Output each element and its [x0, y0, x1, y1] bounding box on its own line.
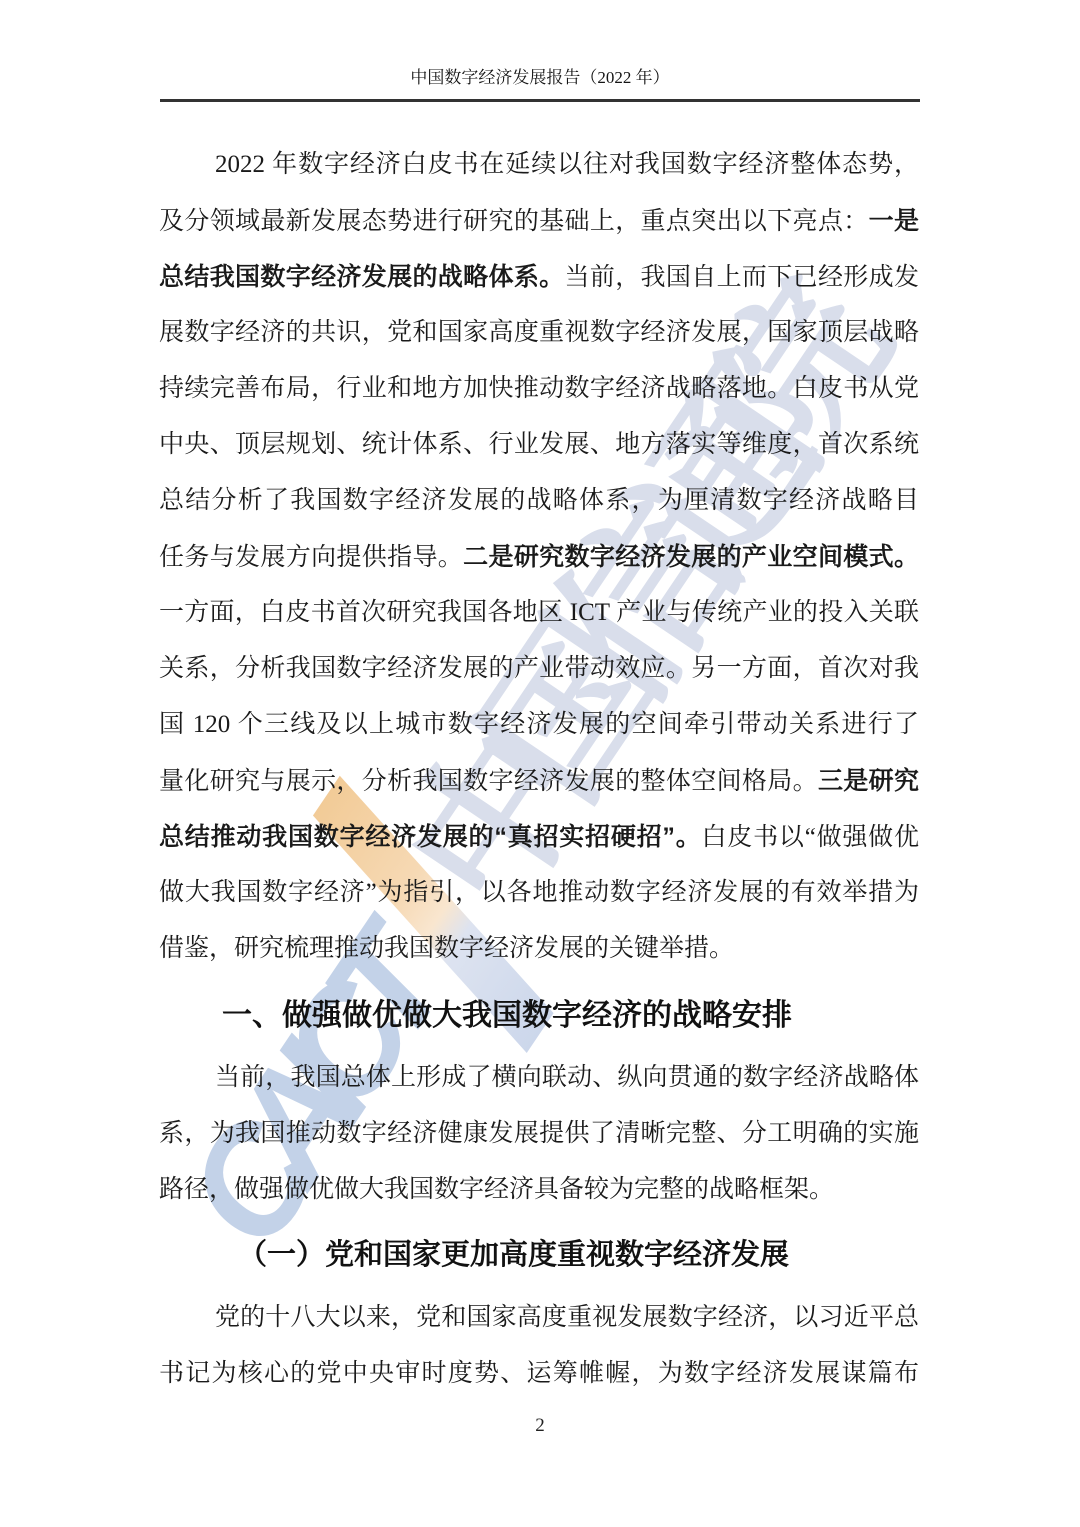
text-segment: 量化研究与展示，分析我国数字经济发展的整体空间格局。: [159, 768, 818, 795]
text-segment: 任务与发展方向提供指导。: [159, 544, 463, 571]
bold-text-segment: 三是研究: [818, 767, 919, 795]
text-segment: 书记为核心的党中央审时度势、运筹帷幄，为数字经济发展谋篇布局、: [159, 1360, 919, 1402]
paragraph: 2022 年数字经济白皮书在延续以往对我国数字经济整体态势，及分领域最新发展态势…: [159, 137, 919, 977]
bold-text-segment: 二是研究数字经济发展的产业空间模式。: [463, 543, 919, 571]
text-segment: 路径，做强做优做大我国数字经济具备较为完整的战略框架。: [159, 1176, 834, 1203]
document-page: CAICT 中国信通院 中国数字经济发展报告（2022 年） 2022 年数字经…: [0, 0, 1080, 1527]
text-line: 一方面，白皮书首次研究我国各地区 ICT 产业与传统产业的投入关联: [159, 585, 919, 641]
text-line: 总结推动我国数字经济发展的“真招实招硬招”。白皮书以“做强做优: [159, 809, 919, 865]
text-segment: 总结分析了我国数字经济发展的战略体系，为厘清数字经济战略目标、: [159, 487, 919, 529]
section-heading: 一、做强做优做大我国数字经济的战略安排: [159, 988, 919, 1044]
text-line: 任务与发展方向提供指导。二是研究数字经济发展的产业空间模式。: [159, 529, 919, 585]
text-segment: 白皮书以“做强做优: [702, 824, 919, 851]
subsection-heading: （一）党和国家更加高度重视数字经济发展: [159, 1227, 919, 1283]
text-line: 国 120 个三线及以上城市数字经济发展的空间牵引带动关系进行了: [159, 697, 919, 753]
text-line: 借鉴，研究梳理推动我国数字经济发展的关键举措。: [159, 921, 919, 977]
text-line: 总结我国数字经济发展的战略体系。当前，我国自上而下已经形成发: [159, 249, 919, 305]
text-segment: 党的十八大以来，党和国家高度重视发展数字经济，以习近平总: [215, 1304, 919, 1331]
document-body: 2022 年数字经济白皮书在延续以往对我国数字经济整体态势，及分领域最新发展态势…: [159, 137, 919, 1402]
paragraph: 当前，我国总体上形成了横向联动、纵向贯通的数字经济战略体系，为我国推动数字经济健…: [159, 1050, 919, 1218]
text-line: 展数字经济的共识，党和国家高度重视数字经济发展，国家顶层战略: [159, 305, 919, 361]
text-line: 量化研究与展示，分析我国数字经济发展的整体空间格局。三是研究: [159, 753, 919, 809]
text-line: 书记为核心的党中央审时度势、运筹帷幄，为数字经济发展谋篇布局、: [159, 1346, 919, 1402]
bold-text-segment: 一是: [869, 207, 919, 235]
text-segment: 及分领域最新发展态势进行研究的基础上，重点突出以下亮点：: [159, 208, 869, 235]
text-line: 系，为我国推动数字经济健康发展提供了清晰完整、分工明确的实施: [159, 1106, 919, 1162]
text-line: 总结分析了我国数字经济发展的战略体系，为厘清数字经济战略目标、: [159, 473, 919, 529]
text-segment: 当前，我国总体上形成了横向联动、纵向贯通的数字经济战略体: [215, 1064, 919, 1091]
text-segment: 国 120 个三线及以上城市数字经济发展的空间牵引带动关系进行了: [159, 711, 919, 738]
header-divider-rule: [160, 99, 920, 102]
page-number: 2: [0, 1413, 1080, 1439]
text-segment: 借鉴，研究梳理推动我国数字经济发展的关键举措。: [159, 935, 734, 962]
text-segment: 系，为我国推动数字经济健康发展提供了清晰完整、分工明确的实施: [159, 1120, 919, 1147]
text-line: 持续完善布局，行业和地方加快推动数字经济战略落地。白皮书从党: [159, 361, 919, 417]
text-segment: 做大我国数字经济”为指引，以各地推动数字经济发展的有效举措为: [159, 879, 919, 906]
text-segment: 持续完善布局，行业和地方加快推动数字经济战略落地。白皮书从党: [159, 375, 919, 402]
text-line: 路径，做强做优做大我国数字经济具备较为完整的战略框架。: [159, 1162, 919, 1218]
text-segment: 2022 年数字经济白皮书在延续以往对我国数字经济整体态势，: [215, 151, 919, 178]
text-line: 党的十八大以来，党和国家高度重视发展数字经济，以习近平总: [159, 1290, 919, 1346]
text-segment: 关系，分析我国数字经济发展的产业带动效应。另一方面，首次对我: [159, 655, 919, 682]
text-line: 关系，分析我国数字经济发展的产业带动效应。另一方面，首次对我: [159, 641, 919, 697]
bold-text-segment: 总结推动我国数字经济发展的“真招实招硬招”。: [159, 823, 702, 851]
text-segment: 中央、顶层规划、统计体系、行业发展、地方落实等维度，首次系统: [159, 431, 919, 458]
bold-text-segment: 总结我国数字经济发展的战略体系。: [159, 263, 565, 291]
text-line: 中央、顶层规划、统计体系、行业发展、地方落实等维度，首次系统: [159, 417, 919, 473]
text-segment: 展数字经济的共识，党和国家高度重视数字经济发展，国家顶层战略: [159, 319, 919, 346]
text-segment: 一方面，白皮书首次研究我国各地区 ICT 产业与传统产业的投入关联: [159, 599, 919, 626]
text-line: 及分领域最新发展态势进行研究的基础上，重点突出以下亮点：一是: [159, 193, 919, 249]
text-line: 当前，我国总体上形成了横向联动、纵向贯通的数字经济战略体: [159, 1050, 919, 1106]
text-line: 做大我国数字经济”为指引，以各地推动数字经济发展的有效举措为: [159, 865, 919, 921]
page-header-title: 中国数字经济发展报告（2022 年）: [0, 66, 1080, 90]
text-line: 2022 年数字经济白皮书在延续以往对我国数字经济整体态势，: [159, 137, 919, 193]
paragraph: 党的十八大以来，党和国家高度重视发展数字经济，以习近平总书记为核心的党中央审时度…: [159, 1290, 919, 1402]
text-segment: 当前，我国自上而下已经形成发: [565, 264, 919, 291]
